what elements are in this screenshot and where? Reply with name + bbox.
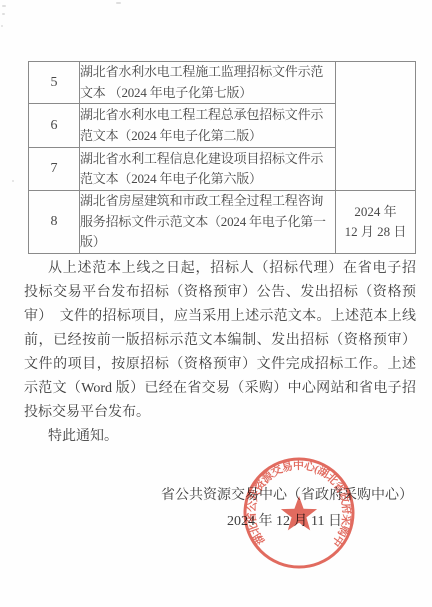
scan-speck [1,25,3,27]
table-row: 5 湖北省水利水电工程施工监理招标文件示范 文本 （2024 年电子化第七版） [29,62,416,104]
row-document-title: 湖北省房屋建筑和市政工程全过程工程咨询 服务招标文件示范文本（2024 年电子化… [80,191,336,254]
body-line: 投标交易平台发布招标（资格预审）公告、发出招标（资格预 [24,281,416,305]
date-cell: 2024 年 12 月 28 日 [336,191,416,254]
row-document-title: 湖北省水利工程信息化建设项目招标文件示 范文本（2024 年电子化第六版） [80,148,336,191]
document-page: 5 湖北省水利水电工程施工监理招标文件示范 文本 （2024 年电子化第七版） … [0,0,432,607]
body-line: 文件的项目，按原招标（资格预审）文件完成招标工作。上述 [24,353,416,377]
scan-speck [2,13,5,15]
scan-speck [116,2,121,4]
signature-date: 2024 年 12 月 11 日 [227,510,342,530]
row-number: 5 [29,62,80,104]
body-line: 前，已经按前一版招标示范文本编制、发出招标（资格预审） [24,329,416,353]
row-document-title: 湖北省水利水电工程工程总承包招标文件示 范文本（2024 年电子化第二版） [80,104,336,148]
signature-organization: 省公共资源交易中心（省政府采购中心） [161,484,413,504]
body-line: 投标交易平台发布。 [24,401,416,425]
scan-speck [12,180,14,182]
body-line: 从上述范本上线之日起，招标人（招标代理）在省电子招 [24,257,416,281]
table-row: 8 湖北省房屋建筑和市政工程全过程工程咨询 服务招标文件示范文本（2024 年电… [29,191,416,254]
row-number: 8 [29,191,80,254]
merged-empty-date-cell [336,62,416,191]
body-line: 示范文（Word 版）已经在省交易（采购）中心网站和省电子招 [24,377,416,401]
row-number: 7 [29,148,80,191]
notice-body: 从上述范本上线之日起，招标人（招标代理）在省电子招 投标交易平台发布招标（资格预… [24,257,416,449]
body-line-notice-close: 特此通知。 [24,425,416,449]
scan-speck [2,5,6,7]
row-document-title: 湖北省水利水电工程施工监理招标文件示范 文本 （2024 年电子化第七版） [80,62,336,104]
body-line: 审） 文件的招标项目，应当采用上述示范文本。上述范本上线 [24,305,416,329]
row-number: 6 [29,104,80,148]
sample-documents-table: 5 湖北省水利水电工程施工监理招标文件示范 文本 （2024 年电子化第七版） … [28,61,416,254]
